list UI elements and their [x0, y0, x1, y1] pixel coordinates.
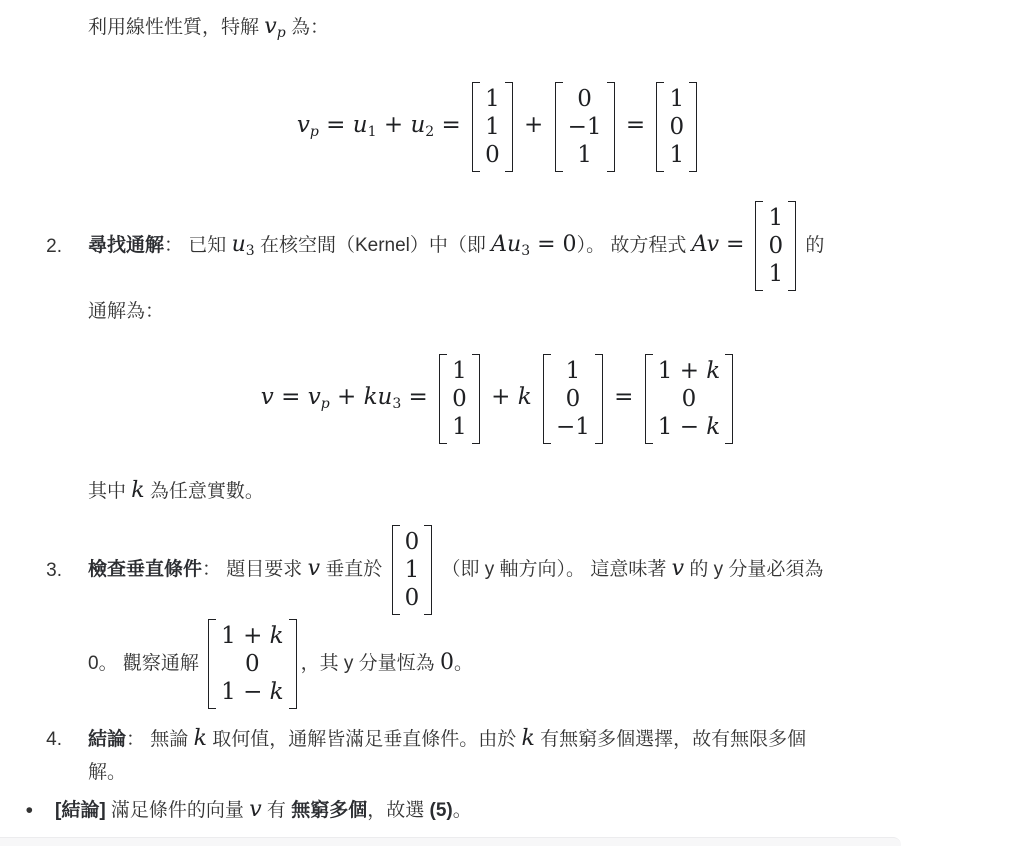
display-formula-particular-solution: vp = u1 + u2 = 110 + 0−11 = 101 — [88, 82, 910, 172]
list-item-4: 4. 結論： 無論 k 取何值，通解皆滿足垂直條件。由於 k 有無窮多個選擇，故… — [0, 723, 1024, 789]
matrix-cell: 1 — [485, 113, 500, 141]
paragraph-particular-solution-intro: 利用線性性質，特解 vp 為： — [88, 11, 1024, 44]
list-item-3-number: 3. — [0, 525, 62, 587]
math-italic: v — [308, 384, 321, 410]
text-run: （即 y 軸方向）。 這意味著 — [436, 559, 671, 580]
matrix: 110 — [472, 82, 513, 172]
matrix: 10−1 — [543, 354, 603, 444]
document-page: 利用線性性質，特解 vp 為： vp = u1 + u2 = 110 + 0−1… — [0, 0, 1024, 846]
math-italic: u — [353, 112, 368, 138]
matrix-cell: 0 — [568, 85, 602, 113]
math-roman: = 0 — [530, 232, 576, 257]
matrix-cell: 0 — [405, 584, 420, 612]
matrix-cell: 0 — [221, 650, 283, 678]
matrix-cell: 1 — [556, 357, 590, 385]
list-item-2-line-2: 通解為： — [88, 295, 824, 328]
text-run: 。 — [453, 800, 472, 821]
math-italic: k — [706, 358, 720, 384]
math-roman: = — [607, 384, 641, 410]
bold-text-run: 尋找通解 — [88, 235, 164, 256]
math-roman: 1 − — [221, 679, 270, 705]
matrix-column: 101 — [664, 82, 689, 172]
math-subscript: 3 — [392, 396, 401, 412]
math-roman: = — [401, 384, 435, 410]
matrix-cell: −1 — [556, 413, 590, 441]
math-roman: = — [274, 384, 308, 410]
matrix: 101 — [656, 82, 697, 172]
matrix: 101 — [439, 354, 480, 444]
math-italic: k — [131, 478, 144, 503]
math-subscript: 3 — [521, 243, 530, 259]
text-run: ： 題目要求 — [202, 559, 308, 580]
text-run: 的 — [800, 235, 824, 256]
matrix-cell: 1 − k — [221, 678, 283, 706]
matrix-cell: 1 + k — [221, 622, 283, 650]
matrix: 101 — [755, 201, 796, 291]
math-roman: 1 + — [221, 623, 270, 649]
matrix-cell: 0 — [452, 385, 467, 413]
matrix-right-bracket — [607, 82, 615, 172]
matrix-cell: 0 — [768, 232, 783, 260]
bullet-marker: • — [0, 794, 33, 827]
matrix-left-bracket — [208, 619, 216, 709]
matrix-right-bracket — [788, 201, 796, 291]
matrix-cell: 1 — [452, 357, 467, 385]
math-roman: = — [319, 112, 353, 138]
matrix-left-bracket — [656, 82, 664, 172]
math-roman: + — [517, 112, 551, 138]
math-roman: = — [719, 232, 751, 257]
math-roman: = — [619, 112, 653, 138]
conclusion-bullet-text: [結論] 滿足條件的向量 v 有 無窮多個，故選 (5)。 — [55, 794, 472, 827]
text-run: 取何值，通解皆滿足垂直條件。由於 — [207, 729, 522, 750]
matrix-right-bracket — [725, 354, 733, 444]
math-subscript: p — [321, 396, 330, 412]
text-run: 垂直於 — [320, 559, 388, 580]
list-item-4-line-2: 解。 — [88, 756, 806, 789]
bold-text-run: 無窮多個 — [291, 800, 367, 821]
text-run: 的 y 分量必須為 — [684, 559, 823, 580]
math-italic: v — [308, 556, 320, 581]
text-run: 利用線性性質，特解 — [88, 17, 264, 38]
matrix-left-bracket — [645, 354, 653, 444]
text-run: 滿足條件的向量 — [106, 800, 250, 821]
math-italic: k — [270, 623, 284, 649]
math-italic: k — [518, 384, 532, 410]
matrix-column: 1 + k01 − k — [216, 619, 288, 709]
math-roman: + — [330, 384, 364, 410]
matrix-left-bracket — [392, 525, 400, 615]
math-italic: Av — [692, 232, 719, 257]
math-italic: k — [706, 414, 720, 440]
math-italic: k — [270, 679, 284, 705]
matrix: 0−11 — [555, 82, 615, 172]
matrix-left-bracket — [439, 354, 447, 444]
bold-text-run: [結論] — [55, 800, 106, 821]
display-formula-general-solution: v = vp + ku3 = 101 + k 10−1 = 1 + k01 − … — [88, 354, 910, 444]
math-italic: v — [249, 797, 261, 822]
matrix: 010 — [392, 525, 433, 615]
matrix-cell: 0 — [669, 113, 684, 141]
text-run: 為任意實數。 — [145, 481, 264, 502]
matrix: 1 + k01 − k — [208, 619, 296, 709]
matrix-column: 110 — [480, 82, 505, 172]
conclusion-bullet: • [結論] 滿足條件的向量 v 有 無窮多個，故選 (5)。 — [0, 794, 1024, 827]
text-run: 通解為： — [88, 301, 164, 322]
matrix-cell: 1 — [452, 413, 467, 441]
bold-text-run: 檢查垂直條件 — [88, 559, 202, 580]
text-run: ）。 故方程式 — [577, 235, 692, 256]
matrix-cell: 1 — [669, 141, 684, 169]
paragraph-k-real-number: 其中 k 為任意實數。 — [88, 475, 1024, 508]
math-italic: v — [672, 556, 684, 581]
matrix-column: 101 — [763, 201, 788, 291]
math-subscript: 1 — [368, 124, 377, 140]
matrix: 1 + k01 − k — [645, 354, 733, 444]
list-item-4-line-1: 結論： 無論 k 取何值，通解皆滿足垂直條件。由於 k 有無窮多個選擇，故有無限… — [88, 723, 806, 756]
text-run: 為： — [286, 17, 329, 38]
math-subscript: 3 — [246, 243, 255, 259]
matrix-right-bracket — [595, 354, 603, 444]
list-item-2: 2. 尋找通解： 已知 u3 在核空間（Kernel）中（即 Au3 = 0）。… — [0, 201, 1024, 328]
bold-text-run: 結論 — [88, 729, 126, 750]
matrix-cell: 0 — [658, 385, 720, 413]
math-subscript: p — [310, 124, 319, 140]
matrix-right-bracket — [472, 354, 480, 444]
matrix-cell: 1 — [768, 260, 783, 288]
matrix-cell: 1 — [768, 204, 783, 232]
list-item-4-body: 結論： 無論 k 取何值，通解皆滿足垂直條件。由於 k 有無窮多個選擇，故有無限… — [88, 723, 806, 789]
matrix-left-bracket — [543, 354, 551, 444]
list-item-3-line-1: 檢查垂直條件： 題目要求 v 垂直於 010 （即 y 軸方向）。 這意味著 v… — [88, 525, 823, 615]
math-roman: = — [434, 112, 468, 138]
math-roman: + — [484, 384, 518, 410]
matrix-left-bracket — [472, 82, 480, 172]
matrix-left-bracket — [555, 82, 563, 172]
matrix-right-bracket — [289, 619, 297, 709]
list-item-2-body: 尋找通解： 已知 u3 在核空間（Kernel）中（即 Au3 = 0）。 故方… — [88, 201, 824, 328]
matrix-right-bracket — [689, 82, 697, 172]
list-item-2-line-1: 尋找通解： 已知 u3 在核空間（Kernel）中（即 Au3 = 0）。 故方… — [88, 201, 824, 291]
math-italic: ku — [364, 384, 393, 410]
bold-text-run: (5) — [430, 800, 453, 821]
matrix-cell: 1 — [568, 141, 602, 169]
matrix-column: 1 + k01 − k — [653, 354, 725, 444]
text-run: 。 — [454, 653, 473, 674]
matrix-cell: 1 — [669, 85, 684, 113]
text-run: ： 已知 — [164, 235, 232, 256]
text-run: 有 — [262, 800, 292, 821]
matrix-cell: 1 — [485, 85, 500, 113]
math-roman: 1 + — [658, 358, 707, 384]
text-run: ，故選 — [367, 800, 429, 821]
bottom-panel-edge — [0, 837, 901, 846]
matrix-column: 010 — [400, 525, 425, 615]
matrix-cell: 1 — [405, 556, 420, 584]
math-italic: v — [297, 112, 310, 138]
text-run: 0。 觀察通解 — [88, 653, 204, 674]
matrix-column: 0−11 — [563, 82, 607, 172]
matrix-cell: 0 — [405, 528, 420, 556]
math-subscript: 2 — [425, 124, 434, 140]
text-run: ，其 y 分量恆為 — [301, 653, 440, 674]
matrix-column: 10−1 — [551, 354, 595, 444]
text-run: 其中 — [88, 481, 131, 502]
matrix-column: 101 — [447, 354, 472, 444]
list-item-3: 3. 檢查垂直條件： 題目要求 v 垂直於 010 （即 y 軸方向）。 這意味… — [0, 525, 1024, 709]
text-run: ： 無論 — [126, 729, 194, 750]
math-roman: + — [377, 112, 411, 138]
matrix-right-bracket — [505, 82, 513, 172]
matrix-right-bracket — [424, 525, 432, 615]
list-item-2-number: 2. — [0, 201, 62, 263]
matrix-left-bracket — [755, 201, 763, 291]
list-item-3-body: 檢查垂直條件： 題目要求 v 垂直於 010 （即 y 軸方向）。 這意味著 v… — [88, 525, 823, 709]
matrix-cell: 0 — [485, 141, 500, 169]
math-roman — [532, 384, 539, 410]
matrix-cell: 1 + k — [658, 357, 720, 385]
matrix-cell: 0 — [556, 385, 590, 413]
matrix-cell: 1 − k — [658, 413, 720, 441]
math-subscript: p — [277, 25, 286, 41]
math-roman: 1 − — [658, 414, 707, 440]
text-run: 有無窮多個選擇，故有無限多個 — [535, 729, 806, 750]
math-italic: k — [521, 726, 534, 751]
text-run: 在核空間（Kernel）中（即 — [255, 235, 491, 256]
math-roman: 0 — [440, 650, 454, 675]
math-italic: u — [410, 112, 425, 138]
matrix-cell: −1 — [568, 113, 602, 141]
math-italic: k — [194, 726, 207, 751]
math-italic: v — [261, 384, 274, 410]
list-item-3-line-2: 0。 觀察通解 1 + k01 − k，其 y 分量恆為 0。 — [88, 619, 823, 709]
text-run: 解。 — [88, 762, 126, 783]
math-italic: v — [264, 14, 276, 39]
math-italic: u — [232, 232, 246, 257]
math-italic: Au — [491, 232, 521, 257]
list-item-4-number: 4. — [0, 723, 62, 756]
